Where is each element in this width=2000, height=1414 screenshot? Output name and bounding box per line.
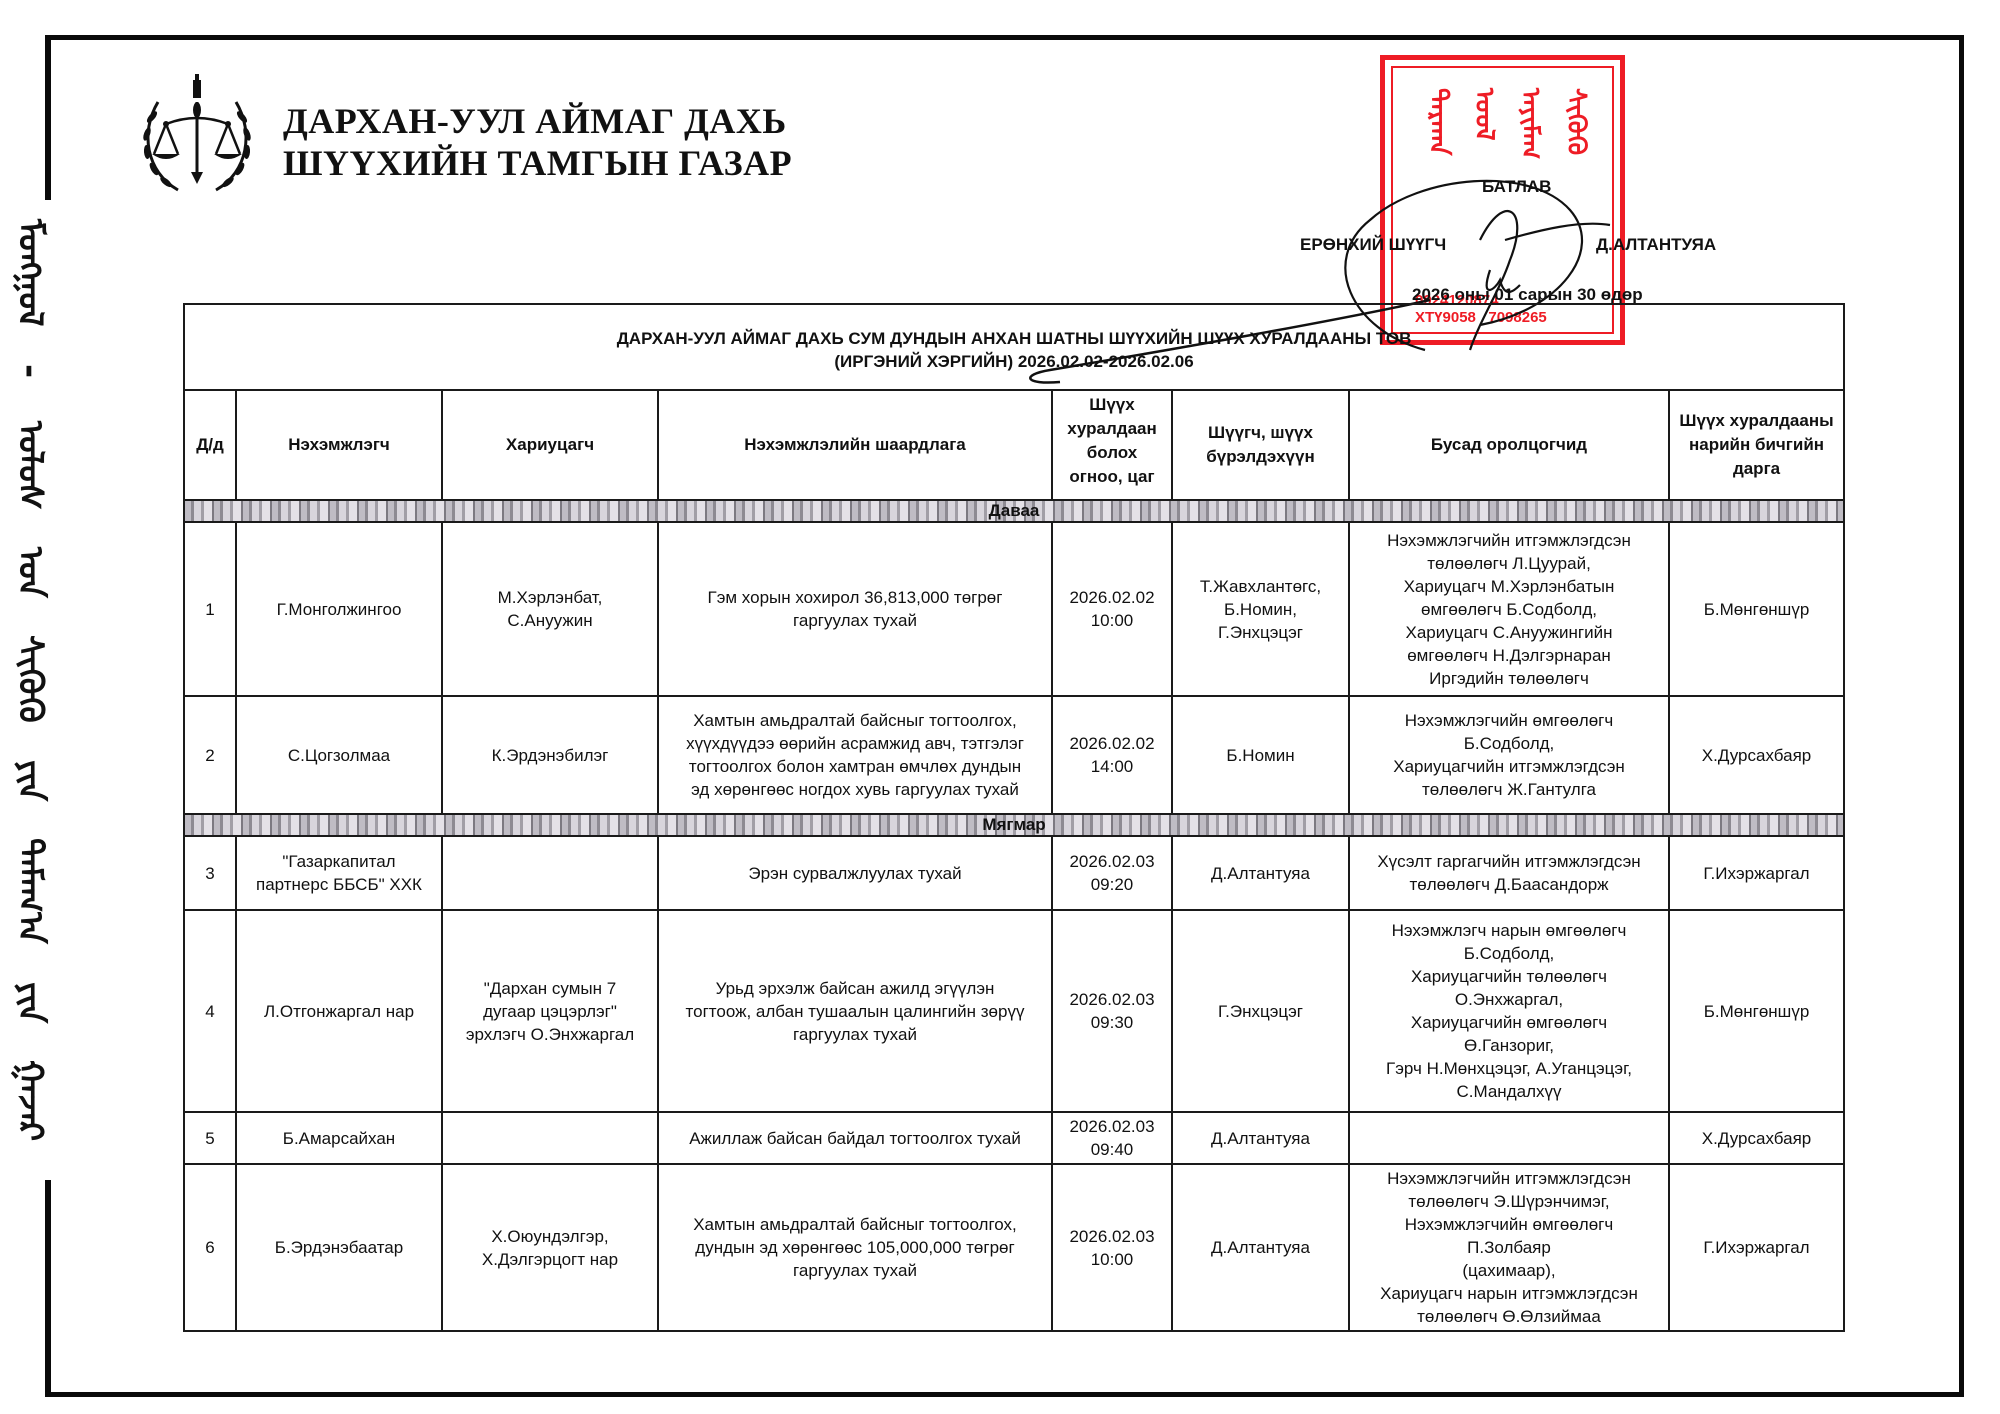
approver-position: ЕРӨНХИЙ ШҮҮГЧ [1300, 235, 1446, 255]
cell-datetime-text: 2026.02.02 10:00 [1059, 586, 1165, 632]
cell-defendant-text: М.Хэрлэнбат, С.Ануужин [449, 586, 651, 632]
column-header-clerk: Шүүх хуралдааны нарийн бичгийн дарга [1669, 390, 1844, 500]
cell-datetime: 2026.02.02 10:00 [1052, 522, 1172, 696]
cell-defendant-text: "Дархан сумын 7 дугаар цэцэрлэг" эрхлэгч… [449, 977, 651, 1046]
cell-plaintiff-text: Б.Амарсайхан [243, 1127, 435, 1150]
cell-defendant: К.Эрдэнэбилэг [442, 696, 658, 814]
cell-other-participants [1349, 1112, 1669, 1164]
cell-plaintiff-text: "Газаркапитал партнерс ББСБ" ХХК [243, 850, 435, 896]
cell-claim: Гэм хорын хохирол 36,813,000 төгрөг гарг… [658, 522, 1052, 696]
cell-clerk-text: Г.Ихэржаргал [1676, 862, 1837, 885]
cell-clerk-text: Х.Дурсахбаяр [1676, 744, 1837, 767]
approver-name: Д.АЛТАНТУЯА [1596, 235, 1716, 255]
side-script-text: ᠮᠣᠩᠭᠣᠯ-ᠤᠯᠤᠰᠤᠨᠰᠢᠭᠦᠬᠦᠶᠢᠨᠲᠠᠮᠠᠭ᠎ᠠᠶᠢᠨᠭᠠᠵᠠᠷ [0, 200, 60, 1160]
column-header-defendant: Хариуцагч [442, 390, 658, 500]
cell-plaintiff: Г.Монголжингоо [236, 522, 442, 696]
cell-claim-text: Гэм хорын хохирол 36,813,000 төгрөг гарг… [665, 586, 1045, 632]
cell-defendant: Х.Оюундэлгэр, Х.Дэлгэрцогт нар [442, 1164, 658, 1331]
cell-judge: Г.Энхцэцэг [1172, 910, 1349, 1112]
cell-other-participants-text: Хүсэлт гаргагчийн итгэмжлэгдсэн төлөөлөг… [1356, 850, 1662, 896]
approval-block: БАТЛАВ ЕРӨНХИЙ ШҮҮГЧ Д.АЛТАНТУЯА 2026 он… [1270, 165, 1750, 315]
table-row: 1Г.МонголжингооМ.Хэрлэнбат, С.АнуужинГэм… [184, 522, 1844, 696]
cell-defendant: "Дархан сумын 7 дугаар цэцэрлэг" эрхлэгч… [442, 910, 658, 1112]
day-label: Мягмар [184, 814, 1844, 836]
approval-date: 2026 оны 01 сарын 30 өдөр [1412, 285, 1643, 305]
cell-number-text: 5 [191, 1127, 229, 1150]
cell-judge-text: Б.Номин [1179, 744, 1342, 767]
cell-claim-text: Урьд эрхэлж байсан ажилд эгүүлэн тогтоож… [665, 977, 1045, 1046]
cell-clerk: Г.Ихэржаргал [1669, 1164, 1844, 1331]
table-caption: ДАРХАН-УУЛ АЙМАГ ДАХЬ СУМ ДУНДЫН АНХАН Ш… [184, 304, 1844, 390]
cell-claim-text: Ажиллаж байсан байдал тогтоолгох тухай [665, 1127, 1045, 1150]
cell-number-text: 2 [191, 744, 229, 767]
cell-datetime-text: 2026.02.03 09:30 [1059, 988, 1165, 1034]
cell-claim-text: Хамтын амьдралтай байсныг тогтоолгох, ду… [665, 1213, 1045, 1282]
side-mongolian-script: ᠮᠣᠩᠭᠣᠯ-ᠤᠯᠤᠰᠤᠨᠰᠢᠭᠦᠬᠦᠶᠢᠨᠲᠠᠮᠠᠭ᠎ᠠᠶᠢᠨᠭᠠᠵᠠᠷ [0, 200, 60, 1180]
cell-datetime: 2026.02.03 09:20 [1052, 836, 1172, 910]
cell-clerk: Х.Дурсахбаяр [1669, 1112, 1844, 1164]
column-header-number: Д/д [184, 390, 236, 500]
cell-plaintiff: "Газаркапитал партнерс ББСБ" ХХК [236, 836, 442, 910]
table-row: 6Б.ЭрдэнэбаатарХ.Оюундэлгэр, Х.Дэлгэрцог… [184, 1164, 1844, 1331]
cell-number: 2 [184, 696, 236, 814]
table-caption-line2: (ИРГЭНИЙ ХЭРГИЙН) 2026.02.02-2026.02.06 [191, 350, 1837, 373]
cell-plaintiff: С.Цогзолмаа [236, 696, 442, 814]
cell-claim: Эрэн сурвалжлуулах тухай [658, 836, 1052, 910]
side-script-word: ᠰᠢᠭᠦᠬᠦ [0, 635, 60, 723]
cell-clerk-text: Г.Ихэржаргал [1676, 1236, 1837, 1259]
cell-plaintiff: Б.Амарсайхан [236, 1112, 442, 1164]
cell-other-participants-text: Нэхэмжлэгчийн итгэмжлэгдсэн төлөөлөгч Л.… [1356, 529, 1662, 690]
column-header-datetime: Шүүх хуралдаан болох огноо, цаг минут [1052, 390, 1172, 500]
cell-clerk: Г.Ихэржаргал [1669, 836, 1844, 910]
table-row: 3"Газаркапитал партнерс ББСБ" ХХКЭрэн су… [184, 836, 1844, 910]
court-hearing-schedule-table: ДАРХАН-УУЛ АЙМАГ ДАХЬ СУМ ДУНДЫН АНХАН Ш… [183, 303, 1845, 1332]
cell-other-participants: Нэхэмжлэгчийн итгэмжлэгдсэн төлөөлөгч Л.… [1349, 522, 1669, 696]
cell-other-participants: Нэхэмжлэгчийн итгэмжлэгдсэн төлөөлөгч Э.… [1349, 1164, 1669, 1331]
cell-number-text: 4 [191, 1000, 229, 1023]
day-separator-row: Даваа [184, 500, 1844, 522]
side-script-word: ᠭᠠᠵᠠᠷ [0, 1060, 60, 1141]
cell-number: 4 [184, 910, 236, 1112]
cell-clerk: Б.Мөнгөншүр [1669, 522, 1844, 696]
cell-claim-text: Хамтын амьдралтай байсныг тогтоолгох, хү… [665, 709, 1045, 801]
cell-defendant [442, 836, 658, 910]
org-name-line1: ДАРХАН-УУЛ АЙМАГ ДАХЬ [283, 100, 792, 142]
cell-other-participants-text: Нэхэмжлэгчийн өмгөөлөгч Б.Содболд, Хариу… [1356, 709, 1662, 801]
cell-datetime: 2026.02.03 10:00 [1052, 1164, 1172, 1331]
column-header-datetime-text: Шүүх хуралдаан болох огноо, цаг минут [1059, 393, 1165, 497]
cell-claim: Урьд эрхэлж байсан ажилд эгүүлэн тогтоож… [658, 910, 1052, 1112]
cell-defendant-text: Х.Оюундэлгэр, Х.Дэлгэрцогт нар [449, 1225, 651, 1271]
cell-judge-text: Д.Алтантуяа [1179, 862, 1342, 885]
cell-plaintiff-text: Б.Эрдэнэбаатар [243, 1236, 435, 1259]
column-header-plaintiff: Нэхэмжлэгч [236, 390, 442, 500]
cell-judge: Д.Алтантуяа [1172, 836, 1349, 910]
cell-plaintiff: Б.Эрдэнэбаатар [236, 1164, 442, 1331]
cell-plaintiff-text: С.Цогзолмаа [243, 744, 435, 767]
column-header-judge: Шүүгч, шүүх бүрэлдэхүүн [1172, 390, 1349, 500]
cell-plaintiff-text: Г.Монголжингоо [243, 598, 435, 621]
cell-clerk-text: Б.Мөнгөншүр [1676, 598, 1837, 621]
cell-datetime: 2026.02.03 09:30 [1052, 910, 1172, 1112]
approval-label: БАТЛАВ [1482, 177, 1551, 197]
table-row: 5Б.АмарсайханАжиллаж байсан байдал тогто… [184, 1112, 1844, 1164]
cell-defendant: М.Хэрлэнбат, С.Ануужин [442, 522, 658, 696]
cell-number-text: 6 [191, 1236, 229, 1259]
cell-other-participants: Нэхэмжлэгч нарын өмгөөлөгч Б.Содболд, Ха… [1349, 910, 1669, 1112]
side-script-word: ᠮᠣᠩᠭᠣᠯ [0, 219, 60, 327]
table-header-row: Д/д Нэхэмжлэгч Хариуцагч Нэхэмжлэлийн ша… [184, 390, 1844, 500]
column-header-other-participants: Бусад оролцогчид [1349, 390, 1669, 500]
table-row: 2С.ЦогзолмааК.ЭрдэнэбилэгХамтын амьдралт… [184, 696, 1844, 814]
organization-name: ДАРХАН-УУЛ АЙМАГ ДАХЬ ШҮҮХИЙН ТАМГЫН ГАЗ… [283, 100, 792, 184]
cell-number: 1 [184, 522, 236, 696]
cell-plaintiff-text: Л.Отгонжаргал нар [243, 1000, 435, 1023]
cell-clerk: Б.Мөнгөншүр [1669, 910, 1844, 1112]
cell-judge-text: Г.Энхцэцэг [1179, 1000, 1342, 1023]
side-script-word: ᠶᠢᠨ [0, 982, 60, 1023]
table-body: Даваа1Г.МонголжингооМ.Хэрлэнбат, С.Анууж… [184, 500, 1844, 1331]
cell-judge: Д.Алтантуяа [1172, 1112, 1349, 1164]
cell-judge: Т.Жавхлантөгс, Б.Номин, Г.Энхцэцэг [1172, 522, 1349, 696]
cell-number: 3 [184, 836, 236, 910]
side-script-word: ᠤᠯᠤᠰ [0, 421, 60, 510]
cell-other-participants-text: Нэхэмжлэгч нарын өмгөөлөгч Б.Содболд, Ха… [1356, 919, 1662, 1103]
cell-claim: Ажиллаж байсан байдал тогтоолгох тухай [658, 1112, 1052, 1164]
org-name-line2: ШҮҮХИЙН ТАМГЫН ГАЗАР [283, 142, 792, 184]
scales-of-justice-emblem-icon [138, 72, 256, 200]
cell-number-text: 3 [191, 862, 229, 885]
cell-claim-text: Эрэн сурвалжлуулах тухай [665, 862, 1045, 885]
cell-datetime-text: 2026.02.03 09:20 [1059, 850, 1165, 896]
cell-judge: Д.Алтантуяа [1172, 1164, 1349, 1331]
table-row: 4Л.Отгонжаргал нар"Дархан сумын 7 дугаар… [184, 910, 1844, 1112]
cell-number: 5 [184, 1112, 236, 1164]
cell-datetime: 2026.02.02 14:00 [1052, 696, 1172, 814]
cell-clerk-text: Б.Мөнгөншүр [1676, 1000, 1837, 1023]
day-label: Даваа [184, 500, 1844, 522]
cell-judge-text: Д.Алтантуяа [1179, 1236, 1342, 1259]
side-script-word: ᠤᠨ [0, 547, 60, 598]
column-header-claim: Нэхэмжлэлийн шаардлага [658, 390, 1052, 500]
cell-defendant-text: К.Эрдэнэбилэг [449, 744, 651, 767]
cell-judge: Б.Номин [1172, 696, 1349, 814]
cell-defendant [442, 1112, 658, 1164]
cell-plaintiff: Л.Отгонжаргал нар [236, 910, 442, 1112]
side-script-word: ᠶᠢᠨ [0, 760, 60, 801]
cell-clerk: Х.Дурсахбаяр [1669, 696, 1844, 814]
cell-other-participants-text: Нэхэмжлэгчийн итгэмжлэгдсэн төлөөлөгч Э.… [1356, 1167, 1662, 1328]
day-separator-row: Мягмар [184, 814, 1844, 836]
cell-number-text: 1 [191, 598, 229, 621]
cell-datetime: 2026.02.03 09:40 [1052, 1112, 1172, 1164]
table-caption-line1: ДАРХАН-УУЛ АЙМАГ ДАХЬ СУМ ДУНДЫН АНХАН Ш… [191, 327, 1837, 350]
cell-judge-text: Д.Алтантуяа [1179, 1127, 1342, 1150]
cell-datetime-text: 2026.02.03 10:00 [1059, 1225, 1165, 1271]
cell-claim: Хамтын амьдралтай байсныг тогтоолгох, ду… [658, 1164, 1052, 1331]
cell-number: 6 [184, 1164, 236, 1331]
cell-datetime-text: 2026.02.02 14:00 [1059, 732, 1165, 778]
table-caption-row: ДАРХАН-УУЛ АЙМАГ ДАХЬ СУМ ДУНДЫН АНХАН Ш… [184, 304, 1844, 390]
cell-claim: Хамтын амьдралтай байсныг тогтоолгох, хү… [658, 696, 1052, 814]
cell-clerk-text: Х.Дурсахбаяр [1676, 1127, 1837, 1150]
cell-judge-text: Т.Жавхлантөгс, Б.Номин, Г.Энхцэцэг [1179, 575, 1342, 644]
cell-other-participants: Хүсэлт гаргагчийн итгэмжлэгдсэн төлөөлөг… [1349, 836, 1669, 910]
side-script-word: ᠲᠠᠮᠠᠭ᠎ᠠ [0, 838, 60, 944]
cell-other-participants: Нэхэмжлэгчийн өмгөөлөгч Б.Содболд, Хариу… [1349, 696, 1669, 814]
cell-datetime-text: 2026.02.03 09:40 [1059, 1115, 1165, 1161]
side-script-word: - [10, 364, 50, 384]
